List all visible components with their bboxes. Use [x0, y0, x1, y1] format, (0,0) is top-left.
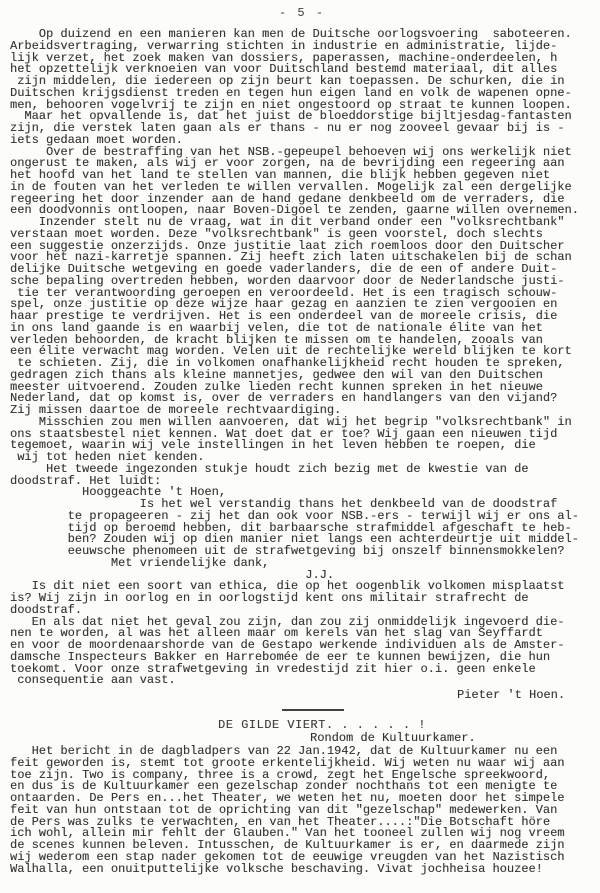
article-gilde-subtitle: Rondom de Kultuurkamer. [310, 732, 594, 744]
document-page: - 5 - Op duizend en een manieren kan men… [0, 0, 600, 893]
article-gilde-title: DE GILDE VIERT. . . . . . ! [218, 719, 594, 731]
article-sabotage-body: Op duizend en een manieren kan men de Du… [10, 29, 594, 687]
article-signature: Pieter 't Hoen. [457, 689, 594, 701]
page-number: - 5 - [10, 6, 594, 20]
section-divider-line [282, 709, 344, 711]
article-gilde-body: Het bericht in de dagbladpers van 22 Jan… [10, 746, 594, 875]
